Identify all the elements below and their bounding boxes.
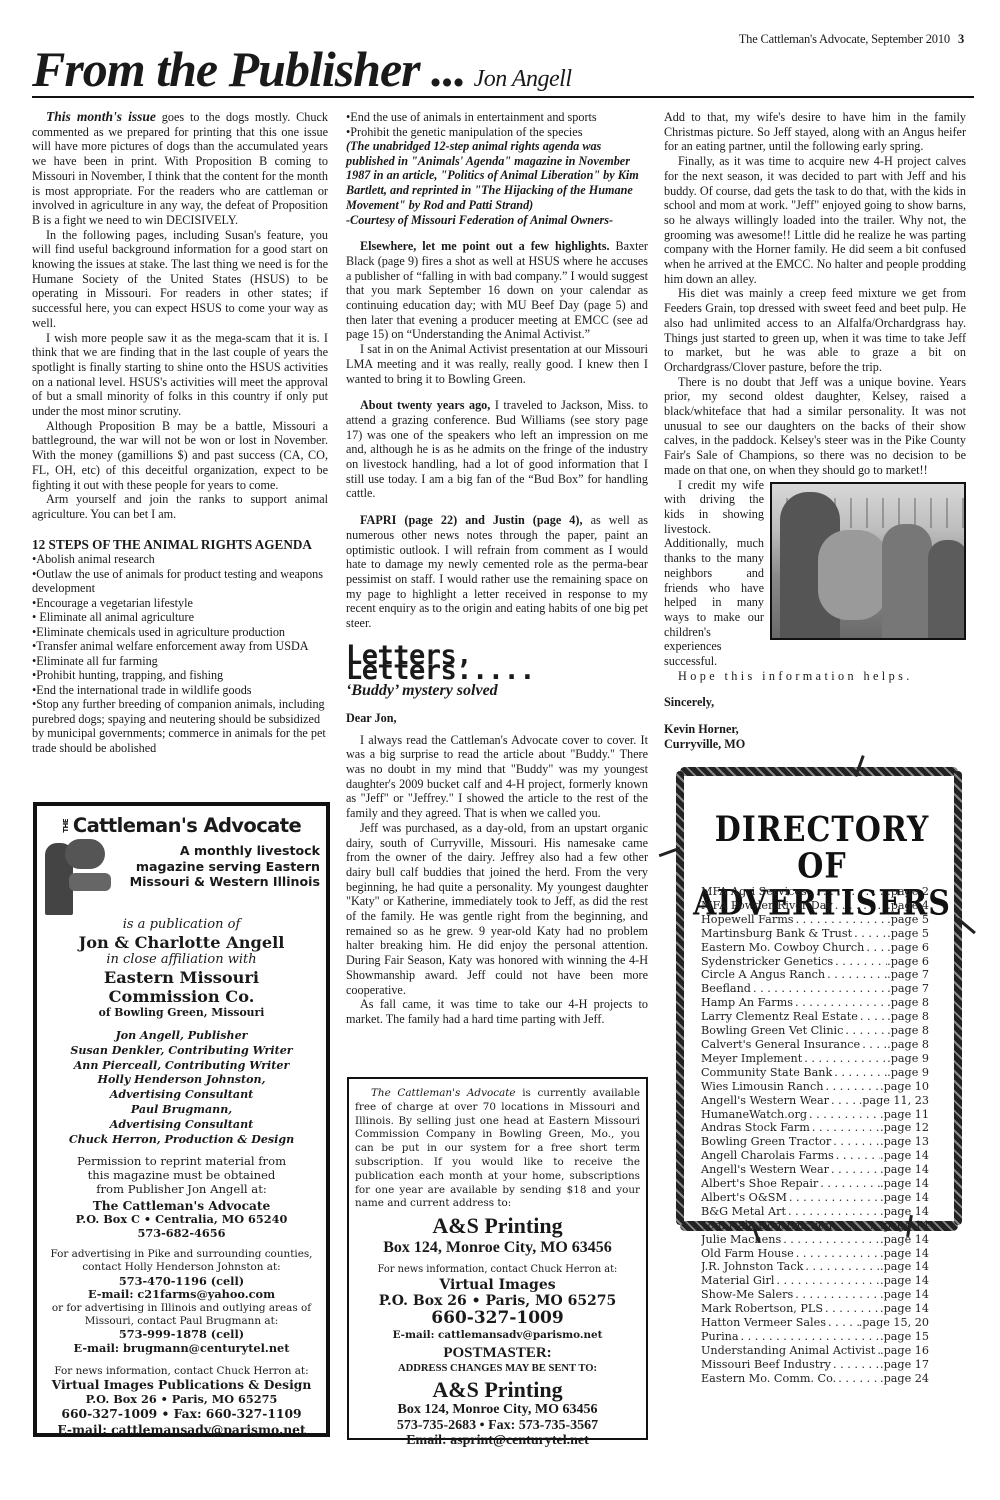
advertiser-page: .page 14 [880,1177,929,1191]
leader-dots [807,1108,880,1122]
directory-entry: Angell Charolais Farms.page 14 [701,1149,929,1163]
leader-dots [831,1135,880,1149]
paragraph: I wish more people saw it as the mega-sc… [32,331,328,419]
advertiser-name: Albert's O&SM [701,1191,787,1205]
leader-dots [802,1052,887,1066]
advertiser-name: Hamp An Farms [701,996,793,1010]
courtesy-line: -Courtesy of Missouri Federation of Anim… [346,213,648,228]
directory-entry: Understanding Animal Activist.page 16 [701,1344,929,1358]
directory-entry: Andras Stock Farm.page 12 [701,1121,929,1135]
directory-entry: Bowling Green Tractor.page 13 [701,1135,929,1149]
leader-dots [832,1219,880,1233]
advertiser-name: Andras Stock Farm [701,1121,810,1135]
paragraph: Finally, as it was time to acquire new 4… [664,154,966,286]
subscription-info: The Cattleman's Advocate is currently av… [355,1087,640,1211]
leader-dots [810,1121,880,1135]
directory-entry: Angell's Western Wear.page 14 [701,1163,929,1177]
advertiser-page: .page 8 [887,1038,929,1052]
advertiser-name: Angell's Western Wear [701,1163,829,1177]
directory-entry: Wies Limousin Ranch.page 10 [701,1080,929,1094]
advertiser-page: .page 5 [887,927,929,941]
steps-list: Abolish animal research Outlaw the use o… [32,552,328,755]
holly-phone: 573-470-1196 (cell) [43,1275,320,1289]
list-item: End the international trade in wildlife … [32,683,328,698]
advertiser-name: J.R. Johnston Tack [701,1260,803,1274]
advertiser-name: Eastern Mo. Comm. Co. [701,1372,836,1386]
leader-dots [793,996,887,1010]
advertiser-page: .page 14 [880,1219,929,1233]
list-item: Prohibit the genetic manipulation of the… [346,125,648,140]
signer-name: Kevin Horner, [664,722,966,737]
holly-email: E-mail: c21farms@yahoo.com [43,1288,320,1302]
advertiser-page: .page 9 [887,1052,929,1066]
tagline: A monthly livestock magazine serving Eas… [113,839,320,890]
advertiser-page: .page 4 [887,899,929,913]
paragraph: About twenty years ago, I traveled to Ja… [346,398,648,501]
directory-entry: Material Girl.page 14 [701,1274,929,1288]
barbed-wire-icon [676,771,684,1225]
directory-entry: Eastern Mo. Cowboy Church.page 6 [701,941,929,955]
directory-entry: Albert's Shoe Repair.page 14 [701,1177,929,1191]
leader-dots [833,955,887,969]
paragraph: In the following pages, including Susan'… [32,228,328,331]
brand-logo: THE Cattleman's Advocate [43,814,320,837]
advertiser-name: Understanding Animal Activist [701,1344,875,1358]
family-photo [770,482,966,640]
leader-dots [831,1358,880,1372]
advertiser-page: .page 12 [880,1121,929,1135]
section-masthead: From the Publisher ...Jon Angell [32,40,974,98]
directory-entry: HumaneWatch.org.page 11 [701,1108,929,1122]
advertiser-page: .page 6 [887,955,929,969]
leader-dots [834,1149,880,1163]
leader-dots [739,1330,880,1344]
advertiser-page: .page 15, 20 [859,1316,929,1330]
column-2: End the use of animals in entertainment … [346,110,648,1027]
advertiser-page: .page 14 [880,1274,929,1288]
advertiser-name: Material Girl [701,1274,774,1288]
directory-list: MFA Agri Services.page 2MFA Powder River… [701,885,929,1386]
subscription-box: The Cattleman's Advocate is currently av… [347,1077,648,1440]
advertiser-page: .page 14 [880,1205,929,1219]
leader-dots [836,1372,880,1386]
advertiser-name: Circle A Angus Ranch [701,968,825,982]
paragraph: There is no doubt that Jeff was a unique… [664,375,966,478]
directory-entry: Hopewell Farms.page 5 [701,913,929,927]
list-item: Eliminate chemicals used in agriculture … [32,625,328,640]
leader-dots [818,1177,880,1191]
salutation: Dear Jon, [346,711,648,726]
advertiser-page: .page 14 [880,1247,929,1261]
advertiser-directory: DIRECTORY OF ADVERTISERS MFA Agri Servic… [668,745,968,1265]
directory-entry: Calvert's General Insurance.page 8 [701,1038,929,1052]
directory-entry: J.R. Johnston Tack.page 14 [701,1260,929,1274]
advertiser-name: Eastern Mo. Cowboy Church [701,941,864,955]
advertiser-name: Martinsburg Bank & Trust [701,927,852,941]
advertiser-name: Tom Hale Construction [701,1219,832,1233]
advertiser-name: Albert's Shoe Repair [701,1177,818,1191]
paragraph: His diet was mainly a creep feed mixture… [664,286,966,374]
column-1: This month's issue goes to the dogs most… [32,110,328,755]
advertiser-name: Hopewell Farms [701,913,794,927]
advertiser-page: .page 7 [887,968,929,982]
steps-heading: 12 STEPS OF THE ANIMAL RIGHTS AGENDA [32,538,328,553]
directory-entry: Julie Machens.page 14 [701,1233,929,1247]
directory-entry: Community State Bank.page 9 [701,1066,929,1080]
publisher-address: The Cattleman's Advocate P.O. Box C • Ce… [43,1200,320,1241]
leader-dots [751,982,887,996]
leader-dots [832,1066,887,1080]
advertiser-name: Hatton Vermeer Sales [701,1316,826,1330]
advertiser-name: MFA Agri Services [701,885,807,899]
advertiser-name: Wies Limousin Ranch [701,1080,823,1094]
list-item: Outlaw the use of animals for product te… [32,567,328,596]
advertiser-page: .page 15 [880,1330,929,1344]
paragraph: Arm yourself and join the ranks to suppo… [32,492,328,521]
advertiser-name: HumaneWatch.org [701,1108,807,1122]
leader-dots [829,1094,859,1108]
list-item: Stop any further breeding of companion a… [32,697,328,755]
directory-entry: Meyer Implement.page 9 [701,1052,929,1066]
directory-entry: Eastern Mo. Comm. Co..page 24 [701,1372,929,1386]
advertiser-page: .page 14 [880,1288,929,1302]
paragraph: This month's issue goes to the dogs most… [32,110,328,228]
leader-dots [823,1302,880,1316]
paragraph: Add to that, my wife's desire to have hi… [664,110,966,154]
advertiser-name: MFA Powder River Day [701,899,833,913]
leader-dots [823,1080,880,1094]
advertiser-name: Mark Robertson, PLS [701,1302,823,1316]
advertiser-page: .page 5 [887,913,929,927]
directory-entry: Missouri Beef Industry.page 17 [701,1358,929,1372]
advertiser-name: Angell Charolais Farms [701,1149,834,1163]
directory-entry: Circle A Angus Ranch.page 7 [701,968,929,982]
advertiser-name: Community State Bank [701,1066,832,1080]
list-item: Abolish animal research [32,552,328,567]
advertiser-page: .page 9 [887,1066,929,1080]
advertiser-page: .page 14 [880,1260,929,1274]
leader-dots [858,1010,887,1024]
directory-entry: Show-Me Salers.page 14 [701,1288,929,1302]
directory-entry: Old Farm House.page 14 [701,1247,929,1261]
publishers: Jon & Charlotte Angell [43,933,320,952]
directory-entry: Purina.page 15 [701,1330,929,1344]
advertiser-name: Calvert's General Insurance [701,1038,860,1052]
column-3: Add to that, my wife's desire to have hi… [664,110,966,752]
leader-dots [781,1233,880,1247]
advertiser-page: .page 8 [887,1010,929,1024]
directory-entry: Angell's Western Wear.page 11, 23 [701,1094,929,1108]
letters-subheading: ‘Buddy’ mystery solved [346,684,648,699]
advertiser-page: .page 14 [880,1163,929,1177]
advertiser-name: Angell's Western Wear [701,1094,829,1108]
directory-entry: MFA Powder River Day.page 4 [701,899,929,913]
paragraph: Although Proposition B may be a battle, … [32,419,328,493]
leader-dots [807,885,887,899]
advertiser-name: Bowling Green Tractor [701,1135,831,1149]
directory-entry: Hatton Vermeer Sales.page 15, 20 [701,1316,929,1330]
advertiser-page: .page 8 [887,1024,929,1038]
directory-entry: B&G Metal Art.page 14 [701,1205,929,1219]
page-title: From the Publisher ... [32,41,466,97]
lead-in: This month's issue [46,109,156,124]
paragraph: Hope this information helps. [664,669,966,684]
leader-dots [786,1205,880,1219]
advertiser-page: .page 7 [887,982,929,996]
advertiser-name: Purina [701,1330,739,1344]
advertiser-name: B&G Metal Art [701,1205,786,1219]
advertiser-page: .page 6 [887,941,929,955]
directory-entry: Martinsburg Bank & Trust.page 5 [701,927,929,941]
list-item: Transfer animal welfare enforcement away… [32,639,328,654]
author-byline: Jon Angell [474,66,572,92]
advertiser-page: .page 2 [887,885,929,899]
leader-dots [833,899,887,913]
advertiser-page: .page 13 [880,1135,929,1149]
advertiser-page: .page 8 [887,996,929,1010]
staff-box: THE Cattleman's Advocate A monthly lives… [33,802,330,1437]
directory-entry: Hamp An Farms.page 8 [701,996,929,1010]
directory-entry: MFA Agri Services.page 2 [701,885,929,899]
directory-entry: Beefland.page 7 [701,982,929,996]
advertiser-name: Meyer Implement [701,1052,802,1066]
list-item: Prohibit hunting, trapping, and fishing [32,668,328,683]
staff-list: Jon Angell, Publisher Susan Denkler, Con… [43,1029,320,1147]
leader-dots [864,941,887,955]
leader-dots [825,968,887,982]
leader-dots [794,913,888,927]
list-item: End the use of animals in entertainment … [346,110,648,125]
paragraph: I always read the Cattleman's Advocate c… [346,733,648,821]
directory-entry: Mark Robertson, PLS.page 14 [701,1302,929,1316]
closing: Sincerely, [664,695,966,710]
directory-entry: Larry Clementz Real Estate.page 8 [701,1010,929,1024]
reprint-permission: Permission to reprint material from this… [43,1155,320,1196]
paragraph: As fall came, it was time to take our 4-… [346,997,648,1026]
paul-email: E-mail: brugmann@centurytel.net [43,1342,320,1356]
advertiser-name: Bowling Green Vet Clinic [701,1024,843,1038]
printer-name: A&S Printing [355,1214,640,1238]
leader-dots [793,1288,880,1302]
leader-dots [826,1316,859,1330]
leader-dots [794,1247,880,1261]
list-item: Eliminate all fur farming [32,654,328,669]
paragraph: Elsewhere, let me point out a few highli… [346,239,648,342]
advertiser-name: Missouri Beef Industry [701,1358,831,1372]
advertiser-name: Old Farm House [701,1247,794,1261]
paul-phone: 573-999-1878 (cell) [43,1328,320,1342]
letters-heading: Letters, Letters..... [346,649,648,678]
leader-dots [829,1163,880,1177]
advertiser-name: Beefland [701,982,751,996]
paragraph: FAPRI (page 22) and Justin (page 4), as … [346,513,648,631]
advertiser-page: .page 11 [880,1108,929,1122]
advertiser-page: .page 14 [880,1233,929,1247]
paragraph: I sat in on the Animal Activist presenta… [346,342,648,386]
list-item: Encourage a vegetarian lifestyle [32,596,328,611]
leader-dots [860,1038,887,1052]
leader-dots [787,1191,880,1205]
advertiser-page: .page 24 [880,1372,929,1386]
leader-dots [843,1024,887,1038]
directory-entry: Bowling Green Vet Clinic.page 8 [701,1024,929,1038]
steps-list-continued: End the use of animals in entertainment … [346,110,648,139]
list-item: Eliminate all animal agriculture [32,610,328,625]
advertiser-page: .page 14 [880,1149,929,1163]
cattleman-illustration-icon [43,839,113,917]
advertiser-name: Larry Clementz Real Estate [701,1010,858,1024]
source-note: (The unabridged 12-step animal rights ag… [346,139,648,213]
leader-dots [803,1260,880,1274]
advertiser-name: Julie Machens [701,1233,781,1247]
advertiser-name: Show-Me Salers [701,1288,793,1302]
advertiser-page: .page 10 [880,1080,929,1094]
advertiser-page: .page 16 [880,1344,929,1358]
directory-entry: Tom Hale Construction.page 14 [701,1219,929,1233]
leader-dots [774,1274,880,1288]
advertiser-page: .page 17 [880,1358,929,1372]
directory-entry: Albert's O&SM.page 14 [701,1191,929,1205]
directory-entry: Sydenstricker Genetics.page 6 [701,955,929,969]
advertiser-page: .page 14 [880,1302,929,1316]
advertiser-page: .page 14 [880,1191,929,1205]
barbed-wire-icon [680,767,958,776]
advertiser-page: .page 11, 23 [859,1094,929,1108]
advertiser-name: Sydenstricker Genetics [701,955,833,969]
paragraph: Jeff was purchased, as a day-old, from a… [346,821,648,997]
leader-dots [852,927,887,941]
